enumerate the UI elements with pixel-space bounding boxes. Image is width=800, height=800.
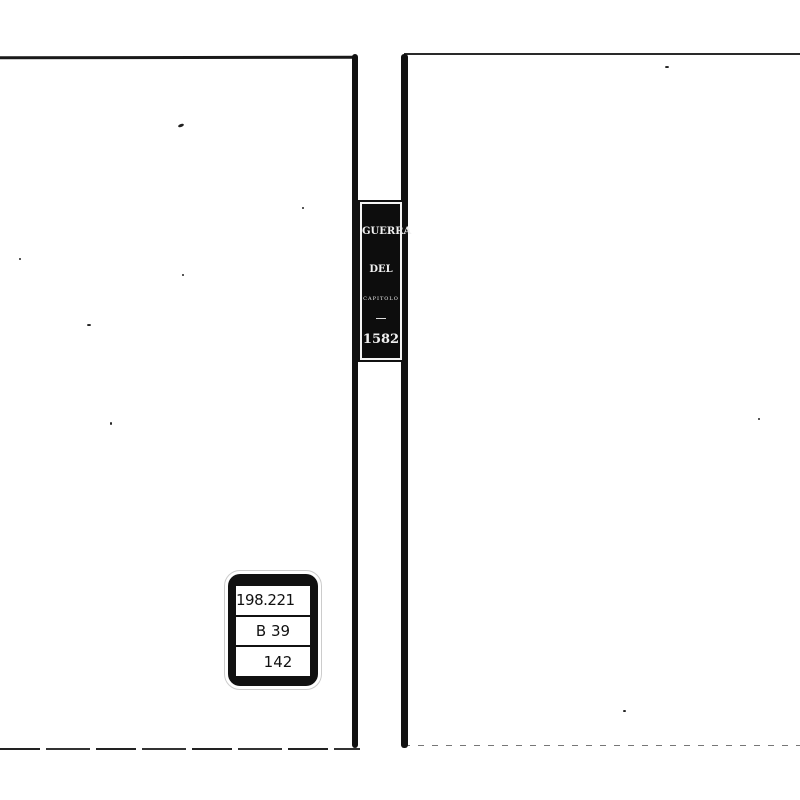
- back-cover-bottom-edge: [0, 748, 360, 750]
- scan-speck: [178, 123, 185, 128]
- scan-speck: [182, 274, 184, 276]
- back-cover-top-edge: [0, 56, 356, 60]
- spine-title-line-1: GUERRA: [362, 226, 400, 237]
- spine-right-hinge: [401, 54, 408, 748]
- front-cover-top-edge: [404, 53, 800, 55]
- spine-title-label: GUERRA DEL CAPITOLO 1582: [360, 202, 402, 360]
- scan-speck: [19, 258, 21, 260]
- book-spine: GUERRA DEL CAPITOLO 1582: [352, 54, 408, 748]
- call-cutter-number: B 39: [236, 617, 310, 648]
- scan-speck: [302, 207, 304, 209]
- scan-speck: [110, 422, 112, 425]
- library-call-number-sticker: 198.221 B 39 142: [228, 574, 318, 686]
- spine-left-hinge: [352, 54, 358, 748]
- scan-speck: [623, 710, 626, 712]
- scan-speck: [665, 66, 669, 68]
- call-number-panel: 198.221 B 39 142: [236, 586, 310, 676]
- scan-speck: [758, 418, 760, 420]
- spine-year: 1582: [362, 332, 400, 347]
- spine-divider: [376, 318, 386, 319]
- book-binding-scan: GUERRA DEL CAPITOLO 1582 198.221 B 39 14…: [0, 0, 800, 800]
- spine-title-line-3: CAPITOLO: [362, 296, 400, 302]
- call-volume-number: 142: [236, 647, 310, 676]
- call-class-number: 198.221: [236, 586, 310, 617]
- scan-speck: [87, 324, 91, 326]
- spine-title-line-2: DEL: [362, 264, 400, 275]
- front-cover-bottom-edge: [404, 745, 800, 746]
